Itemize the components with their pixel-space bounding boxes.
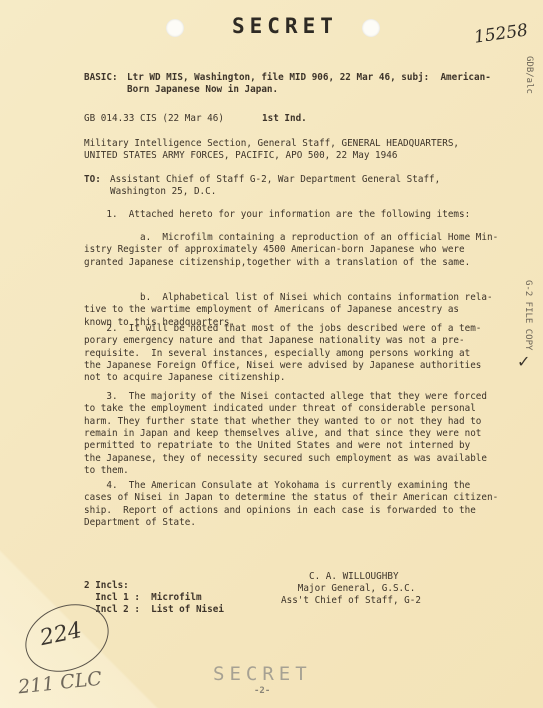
from-line: Military Intelligence Section, General S… bbox=[84, 138, 459, 150]
paragraph-line: 3. The majority of the Nisei contacted a… bbox=[84, 391, 487, 403]
paragraph-line: 1. Attached hereto for your information … bbox=[84, 209, 470, 221]
paragraph-line: Department of State. bbox=[84, 517, 196, 529]
file-copy-mark: G-2 FILE COPY bbox=[523, 280, 533, 350]
paragraph-line: tive to the wartime employment of Americ… bbox=[84, 304, 459, 316]
punch-hole bbox=[362, 19, 380, 37]
to-label: TO: bbox=[84, 174, 101, 186]
paragraph-line: granted Japanese citizenship,together wi… bbox=[84, 257, 470, 269]
paragraph-line: porary emergency nature and that Japanes… bbox=[84, 335, 465, 347]
file-reference: GB 014.33 CIS (22 Mar 46) bbox=[84, 113, 224, 125]
handwritten-document-number: 15258 bbox=[473, 20, 529, 47]
paragraph-line: b. Alphabetical list of Nisei which cont… bbox=[84, 292, 493, 304]
check-mark-icon: ✓ bbox=[517, 352, 530, 371]
paragraph-line: the Japanese, they of necessity secured … bbox=[84, 453, 487, 465]
basic-line: Born Japanese Now in Japan. bbox=[127, 84, 278, 96]
punch-hole bbox=[166, 19, 184, 37]
paragraph-line: cases of Nisei in Japan to determine the… bbox=[84, 492, 498, 504]
inclosures-line: 2 Incls: bbox=[84, 580, 129, 592]
paragraph-line: the Japanese Foreign Office, Nisei were … bbox=[84, 360, 481, 372]
inclosures-line: Incl 1 : Microfilm bbox=[84, 592, 202, 604]
paragraph-line: istry Register of approximately 4500 Ame… bbox=[84, 244, 465, 256]
basic-line: Ltr WD MIS, Washington, file MID 906, 22… bbox=[127, 72, 491, 84]
signature-rank: Major General, G.S.C. bbox=[281, 583, 415, 595]
paragraph-line: requisite. In several instances, especia… bbox=[84, 348, 470, 360]
paragraph-line: to take the employment indicated under t… bbox=[84, 403, 476, 415]
paragraph-line: 4. The American Consulate at Yokohama is… bbox=[84, 480, 470, 492]
signature-name: C. A. WILLOUGHBY bbox=[281, 571, 399, 583]
paragraph-line: not to acquire Japanese citizenship. bbox=[84, 372, 286, 384]
typist-initials: GDB/alc bbox=[524, 56, 534, 94]
paragraph-line: remain in Japan and keep themselves aliv… bbox=[84, 428, 481, 440]
classification-stamp-top: SECRET bbox=[232, 14, 338, 38]
page-number: -2- bbox=[254, 686, 270, 696]
paragraph-line: harm. They further state that whether th… bbox=[84, 416, 481, 428]
signature-title: Ass't Chief of Staff, G-2 bbox=[281, 595, 421, 607]
paragraph-line: permitted to repatriate to the United St… bbox=[84, 440, 470, 452]
inclosures-line: Incl 2 : List of Nisei bbox=[84, 604, 224, 616]
to-line: Washington 25, D.C. bbox=[110, 186, 216, 198]
paragraph-line: ship. Report of actions and opinions in … bbox=[84, 505, 476, 517]
paragraph-line: to them. bbox=[84, 465, 129, 477]
basic-label: BASIC: bbox=[84, 72, 118, 84]
from-line: UNITED STATES ARMY FORCES, PACIFIC, APO … bbox=[84, 150, 397, 162]
classification-stamp-bottom: SECRET bbox=[213, 663, 312, 685]
to-line: Assistant Chief of Staff G-2, War Depart… bbox=[110, 174, 440, 186]
indorsement-label: 1st Ind. bbox=[262, 113, 307, 125]
handwritten-note: 211 CLC bbox=[17, 668, 103, 699]
paragraph-line: a. Microfilm containing a reproduction o… bbox=[84, 232, 498, 244]
paragraph-line: 2. It will be noted that most of the job… bbox=[84, 323, 481, 335]
